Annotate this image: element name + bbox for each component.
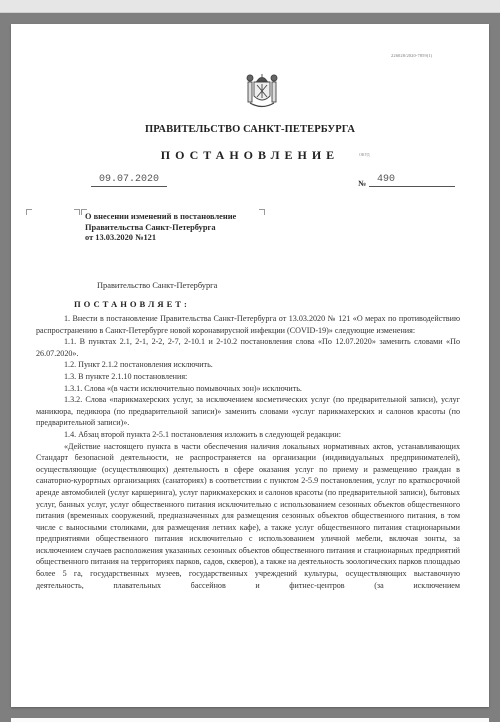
- document-type-row: ПОСТАНОВЛЕНИЕ: [11, 146, 489, 164]
- document-page: 226028/2020-7859(1) ПРАВИТЕЛЬСТВО САНКТ-…: [11, 24, 489, 707]
- document-body: 1. Внести в постановление Правительства …: [36, 313, 460, 591]
- subject-line: Правительства Санкт-Петербурга: [85, 223, 236, 234]
- subject-line: О внесении изменений в постановление: [85, 212, 236, 223]
- corner-mark: [259, 209, 265, 215]
- decree-heading: ПОСТАНОВЛЯЕТ:: [74, 299, 190, 309]
- viewer-toolbar-strip: [0, 0, 500, 13]
- paragraph: 1.3.2. Слова «парикмахерских услуг, за и…: [36, 394, 460, 429]
- preamble: Правительство Санкт-Петербурга: [97, 281, 217, 290]
- corner-mark: [74, 209, 80, 215]
- document-subject: О внесении изменений в постановление Пра…: [85, 212, 236, 244]
- next-page-edge: [11, 718, 489, 722]
- corner-mark: [26, 209, 32, 215]
- document-date: 09.07.2020: [91, 174, 167, 187]
- paragraph: 1.1. В пунктах 2.1, 2-1, 2-2, 2-7, 2-10.…: [36, 336, 460, 359]
- paragraph: 1. Внести в постановление Правительства …: [36, 313, 460, 336]
- paragraph: 1.3. В пункте 2.1.10 постановления:: [36, 371, 460, 383]
- paragraph: 1.3.1. Слова «(в части исключительно пом…: [36, 383, 460, 395]
- okud-label: ОКУД: [359, 152, 370, 157]
- document-number: 490: [369, 174, 455, 187]
- coat-of-arms-icon: [242, 72, 282, 112]
- paragraph: «Действие настоящего пункта в части обес…: [36, 441, 460, 592]
- subject-line: от 13.03.2020 №121: [85, 233, 236, 244]
- paragraph: 1.4. Абзац второй пункта 2-5.1 постановл…: [36, 429, 460, 441]
- number-label: №: [358, 179, 366, 188]
- issuing-authority: ПРАВИТЕЛЬСТВО САНКТ-ПЕТЕРБУРГА: [11, 124, 489, 135]
- document-id: 226028/2020-7859(1): [391, 53, 432, 58]
- document-type: ПОСТАНОВЛЕНИЕ: [161, 148, 339, 162]
- paragraph: 1.2. Пункт 2.1.2 постановления исключить…: [36, 359, 460, 371]
